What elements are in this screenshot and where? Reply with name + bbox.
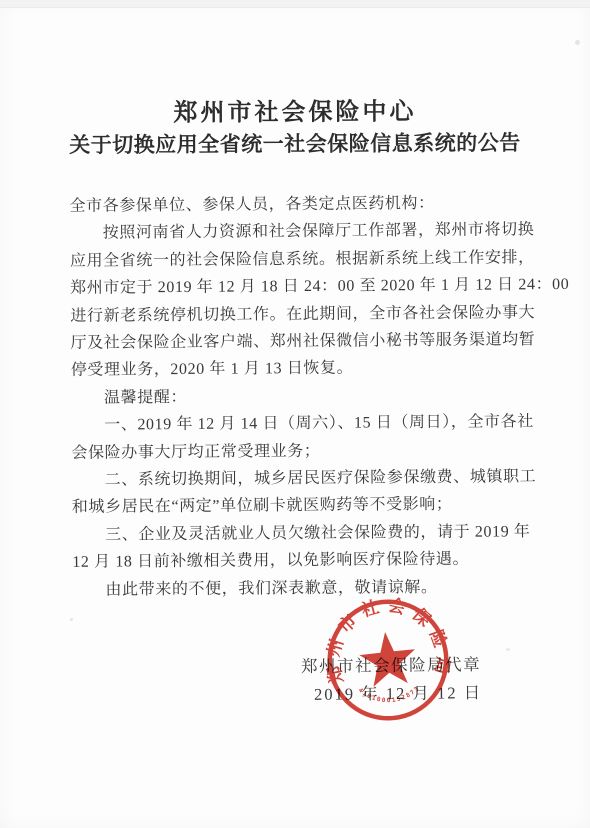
- notice-body: 全市各参保单位、参保人员，各类定点医药机构： 按照河南省人力资源和社会保障厅工作…: [69, 189, 542, 604]
- official-seal: 郑州市社会保险局 4101000152873: [314, 589, 463, 731]
- body-line: 全市各参保单位、参保人员，各类定点医药机构：: [69, 189, 539, 220]
- scan-speck: [575, 40, 580, 45]
- body-line: 温馨提醒：: [71, 381, 541, 412]
- page-title: 郑州市社会保险中心: [0, 90, 590, 128]
- body-line: 12 月 18 日前补缴相关费用，以免影响医疗保险待遇。: [72, 545, 542, 576]
- seal-serial-number: 4101000152873: [356, 681, 422, 708]
- body-line: 由此带来的不便，我们深表歉意，敬请谅解。: [72, 573, 542, 604]
- body-line: 进行新老系统停机切换工作。在此期间，全市各社会保险办事大: [70, 299, 540, 330]
- body-line: 郑州市定于 2019 年 12 月 18 日 24：00 至 2020 年 1 …: [70, 271, 540, 302]
- body-line: 按照河南省人力资源和社会保障厅工作部署，郑州市将切换: [70, 217, 540, 248]
- body-line: 厅及社会保险企业客户端、郑州社保微信小秘书等服务渠道均暂: [70, 326, 540, 357]
- scan-edge-band: [0, 0, 590, 8]
- body-line: 三、企业及灵活就业人员欠缴社会保险费的，请于 2019 年: [72, 518, 542, 549]
- body-line: 停受理业务，2020 年 1 月 13 日恢复。: [71, 354, 541, 385]
- seal-star-icon: [357, 629, 418, 688]
- body-line: 二、系统切换期间，城乡居民医疗保险参保缴费、城镇职工: [72, 463, 542, 494]
- body-line: 会保险办事大厅均正常受理业务；: [71, 436, 541, 467]
- body-line: 应用全省统一的社会保险信息系统。根据新系统上线工作安排，: [70, 244, 540, 275]
- scan-speck: [506, 648, 510, 651]
- page-subtitle: 关于切换应用全省统一社会保险信息系统的公告: [0, 126, 590, 159]
- scanned-notice-page: 郑州市社会保险中心 关于切换应用全省统一社会保险信息系统的公告 全市各参保单位、…: [0, 0, 590, 828]
- body-line: 和城乡居民在“两定”单位刷卡就医购药等不受影响；: [72, 491, 542, 522]
- scan-speck: [70, 618, 73, 621]
- svg-text:4101000152873: 4101000152873: [356, 681, 422, 708]
- body-line: 一、2019 年 12 月 14 日（周六）、15 日（周日），全市各社: [71, 408, 541, 439]
